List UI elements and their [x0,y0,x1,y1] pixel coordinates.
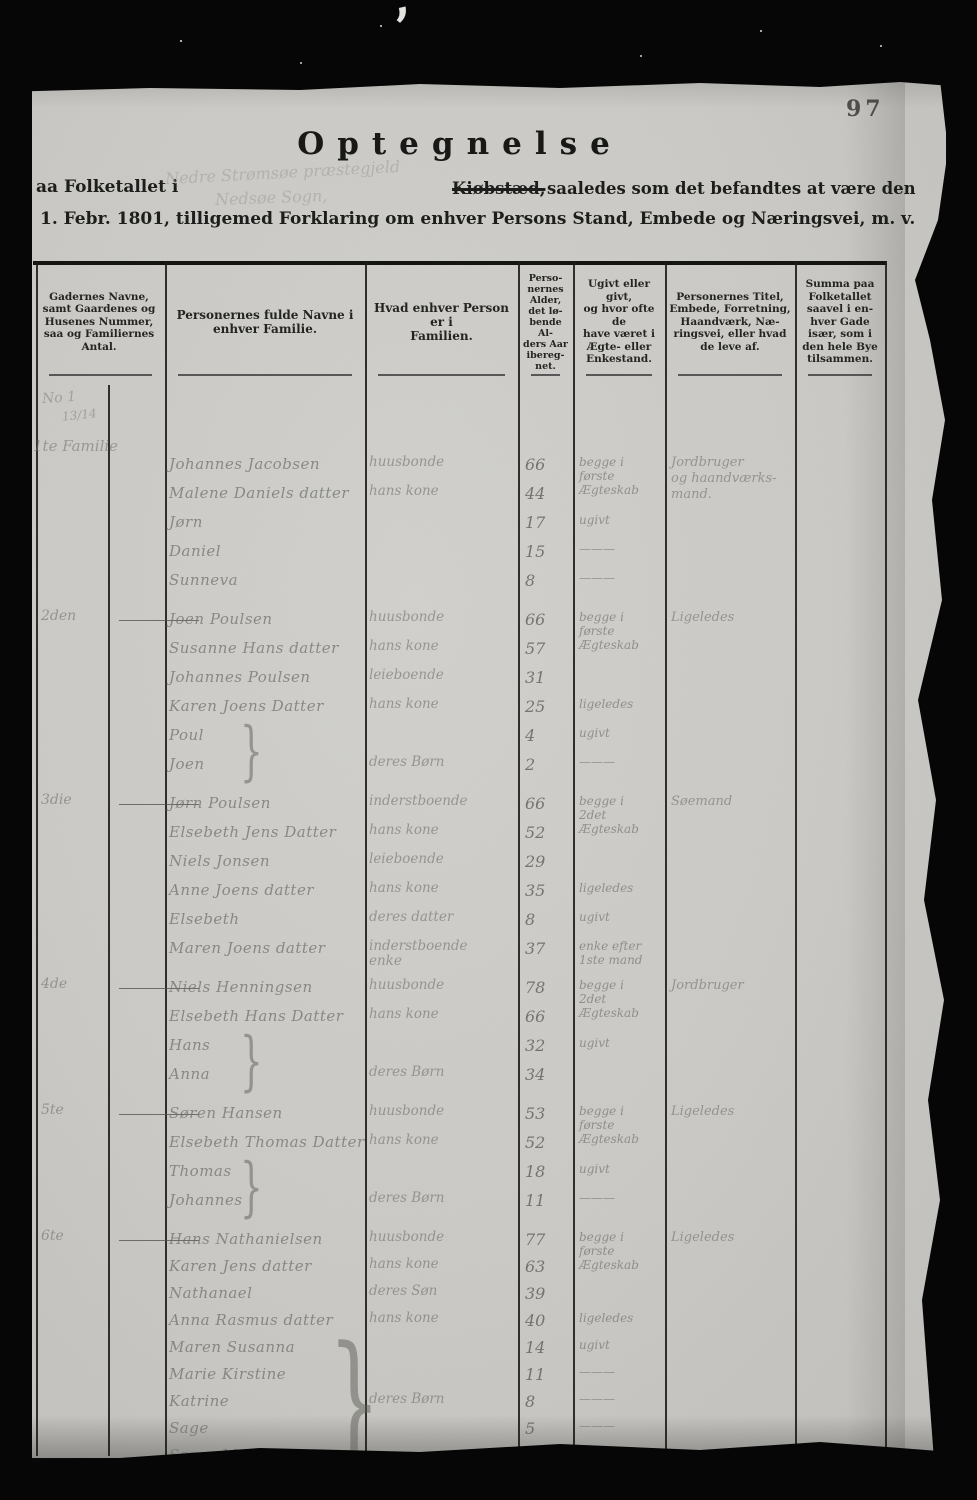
person-age: 25 [525,697,569,716]
person-age: 8 [525,1392,569,1411]
person-row: Annaderes Børn34 [33,1065,885,1094]
person-age: 17 [525,513,569,532]
family-group: 1te FamilieJohannes Jacobsenhuusbonde66b… [33,436,885,600]
person-row: Elsebeth Hans Datterhans kone66 [33,1007,885,1036]
person-row: Hans32ugivt [33,1036,885,1065]
person-name: Elsebeth Jens Datter [169,823,365,841]
person-marital: ugivt [579,513,665,527]
person-role: leieboende [369,852,517,867]
person-row: Anna Rasmus datterhans kone40ligeledes [33,1311,885,1338]
person-name: Jørn Poulsen [169,794,365,812]
header-streets-and-numbers: Gadernes Navne, samt Gaardenes og Husene… [33,266,165,378]
person-age: 35 [525,881,569,900]
scan-black-edge-left [0,0,32,1500]
person-name: Maren Joens datter [169,939,365,957]
person-row: Katrinederes Børn8——— [33,1392,885,1419]
person-name: Karen Jens datter [169,1257,365,1275]
person-marital: ugivt [579,1036,665,1050]
person-age: 8 [525,910,569,929]
person-age: 15 [525,542,569,561]
person-age: 34 [525,1065,569,1084]
person-row: Niels Jonsenleieboende29 [33,852,885,881]
person-role: deres Børn [369,755,517,770]
person-age: 52 [525,823,569,842]
family-group: 2denJoen Poulsenhuusbonde66begge i først… [33,610,885,784]
table-rule-line [33,261,887,265]
person-row: Nathanaelderes Søn39 [33,1284,885,1311]
person-occupation: Ligeledes [671,1104,795,1120]
person-role: hans kone [369,881,517,896]
person-role: huusbonde [369,1104,517,1119]
person-row: Poul4ugivt [33,726,885,755]
person-age: 52 [525,1133,569,1152]
person-name: Johannes Poulsen [169,668,365,686]
person-marital: ligeledes [579,881,665,895]
person-age: 66 [525,794,569,813]
person-age: 66 [525,610,569,629]
person-row: Susanne Hans datterhans kone57 [33,639,885,668]
person-row: Elsebeth Jens Datterhans kone52 [33,823,885,852]
person-name: Joen Poulsen [169,610,365,628]
person-row: Karen Joens Datterhans kone25ligeledes [33,697,885,726]
person-row: Joenderes Børn2——— [33,755,885,784]
family-marker: 1te Familie [33,437,118,455]
person-role: hans kone [369,1311,517,1326]
person-role: hans kone [369,697,517,712]
person-age: 11 [525,1365,569,1384]
person-row: Johannes Jacobsenhuusbonde66begge i førs… [33,455,885,484]
person-age: 39 [525,1284,569,1303]
person-name: Elsebeth [169,910,365,928]
person-age: 57 [525,639,569,658]
person-name: Niels Henningsen [169,978,365,996]
person-row: Johannesderes Børn11——— [33,1191,885,1220]
page-number: 97 [846,96,885,122]
person-role: deres datter [369,910,517,925]
grouping-brace: } [328,1335,381,1470]
person-name: Anne Joens datter [169,881,365,899]
person-role: huusbonde [369,610,517,625]
person-row: Anne Joens datterhans kone35ligeledes [33,881,885,910]
person-row: Niels Henningsenhuusbonde78begge i 2det … [33,978,885,1007]
person-row: Jørn Poulseninderstboende66begge i 2det … [33,794,885,823]
person-age: 37 [525,939,569,958]
scan-dust-speckles [180,40,182,42]
person-age: 40 [525,1311,569,1330]
person-role: inderstboende [369,794,517,809]
scan-black-edge-top [0,0,977,92]
person-occupation: Søemand [671,794,795,810]
person-marital: ——— [579,571,665,585]
header-age: Perso- nernes Alder, det lø- bende Al- d… [518,266,573,378]
person-role: leieboende [369,668,517,683]
person-age: 4 [525,726,569,745]
person-row: Jørn17ugivt [33,513,885,542]
person-name: Hans [169,1036,365,1054]
person-name: Karen Joens Datter [169,697,365,715]
person-name: Anna [169,1065,365,1083]
person-marital: ——— [579,1419,665,1433]
person-role: hans kone [369,1257,517,1272]
person-row: Malene Daniels datterhans kone44 [33,484,885,513]
intro-line1-suffix: saaledes som det befandtes at være den [547,179,916,198]
person-age: 29 [525,852,569,871]
person-marital: ——— [579,1392,665,1406]
person-age: 18 [525,1162,569,1181]
person-age: 44 [525,484,569,503]
grouping-brace: } [240,1159,263,1217]
person-occupation: Ligeledes [671,610,795,626]
table-header-row: Gadernes Navne, samt Gaardenes og Husene… [33,266,885,378]
person-name: Daniel [169,542,365,560]
person-row: Elsebethderes datter8ugivt [33,910,885,939]
person-name: Thomas [169,1162,365,1180]
person-name: Malene Daniels datter [169,484,365,502]
person-age: 66 [525,455,569,474]
person-name: Elsebeth Hans Datter [169,1007,365,1025]
person-name: Nathanael [169,1284,365,1302]
grouping-brace: } [240,723,263,781]
person-marital: ——— [579,755,665,769]
person-name: Hans Nathanielsen [169,1230,365,1248]
person-marital: ——— [579,542,665,556]
person-row: Maren Susanna14ugivt [33,1338,885,1365]
person-role: hans kone [369,823,517,838]
person-marital: ——— [579,1365,665,1379]
person-name: Søren Hansen [169,1104,365,1122]
person-row: Sage5——— [33,1419,885,1446]
intro-line1-prefix: aa Folketallet i [36,177,178,197]
family-group: 6teHans Nathanielsenhuusbonde77begge i f… [33,1230,885,1473]
person-row: Sunneva8——— [33,571,885,600]
person-marital: ——— [579,1191,665,1205]
person-name: Susanne Hans datter [169,639,365,657]
family-group: 4deNiels Henningsenhuusbonde78begge i 2d… [33,978,885,1094]
scanned-census-page: 97 Optegnelse aa Folketallet i Nedre Str… [0,0,977,1500]
person-age: 14 [525,1338,569,1357]
person-role: deres Børn [369,1392,517,1407]
person-age: 77 [525,1230,569,1249]
person-name: Johannes Jacobsen [169,455,365,473]
person-marital: ugivt [579,1162,665,1176]
person-row: Hans Nathanielsenhuusbonde77begge i førs… [33,1230,885,1257]
person-role: hans kone [369,1133,517,1148]
person-row: Søren Hansenhuusbonde53begge i første Æg… [33,1104,885,1133]
person-role: hans kone [369,639,517,654]
person-role: deres Børn [369,1065,517,1080]
handwritten-place-line2: Nedsøe Sogn, [215,186,328,209]
person-name: Johannes [169,1191,365,1209]
person-name: Niels Jonsen [169,852,365,870]
person-marital: ligeledes [579,697,665,711]
person-occupation: Ligeledes [671,1230,795,1246]
person-age: 32 [525,1036,569,1055]
intro-line2: 1. Febr. 1801, tilligemed Forklaring om … [40,209,915,229]
person-marital: ligeledes [579,1311,665,1325]
family-group: 3dieJørn Poulseninderstboende66begge i 2… [33,794,885,968]
person-age: 63 [525,1257,569,1276]
person-role: deres Børn [369,1191,517,1206]
person-age: 11 [525,1191,569,1210]
header-position-in-family: Hvad enhver Person er i Familien. [365,266,518,378]
person-role: hans kone [369,484,517,499]
person-row: Joen Poulsenhuusbonde66begge i første Æg… [33,610,885,639]
person-role: huusbonde [369,978,517,993]
table-body: 1te FamilieJohannes Jacobsenhuusbonde66b… [33,388,885,1473]
struck-word-kiobstaed: Kiøbstæd, [452,179,545,198]
person-name: Sunneva [169,571,365,589]
person-name: Elsebeth Thomas Datter [169,1133,365,1151]
page-title: Optegnelse [290,126,630,162]
header-sum-population: Summa paa Folketallet saavel i en- hver … [795,266,885,378]
person-row: Marie Kirstine11——— [33,1365,885,1392]
person-row: Elsebeth Thomas Datterhans kone52 [33,1133,885,1162]
person-marital: ugivt [579,910,665,924]
person-role: huusbonde [369,1230,517,1245]
person-row: Maren Joens datterinderstboende enke37en… [33,939,885,968]
family-group: 5teSøren Hansenhuusbonde53begge i første… [33,1104,885,1220]
person-role: huusbonde [369,455,517,470]
person-role: hans kone [369,1007,517,1022]
person-age: 2 [525,755,569,774]
table-rule-line [885,262,887,1456]
person-age: 31 [525,668,569,687]
person-name: Poul [169,726,365,744]
person-age: 66 [525,1007,569,1026]
person-row: Daniel15——— [33,542,885,571]
grouping-brace: } [240,1033,263,1091]
header-full-names: Personernes fulde Navne i enhver Familie… [165,266,365,378]
person-age: 5 [525,1419,569,1438]
person-row: Johannes Poulsenleieboende31 [33,668,885,697]
person-row: Karen Jens datterhans kone63 [33,1257,885,1284]
header-title-occupation: Personernes Titel, Embede, Forretning, H… [665,266,795,378]
person-name: Jørn [169,513,365,531]
person-occupation: Jordbruger [671,978,795,994]
person-age: 78 [525,978,569,997]
person-marital: enke efter 1ste mand [579,939,665,967]
person-role: inderstboende enke [369,939,517,969]
person-name: Joen [169,755,365,773]
header-marital-status: Ugivt eller givt, og hvor ofte de have v… [573,266,665,378]
person-age: 8 [525,571,569,590]
person-role: deres Søn [369,1284,517,1299]
person-age: 53 [525,1104,569,1123]
person-marital: ugivt [579,1338,665,1352]
person-marital: ugivt [579,726,665,740]
person-row: Thomas18ugivt [33,1162,885,1191]
